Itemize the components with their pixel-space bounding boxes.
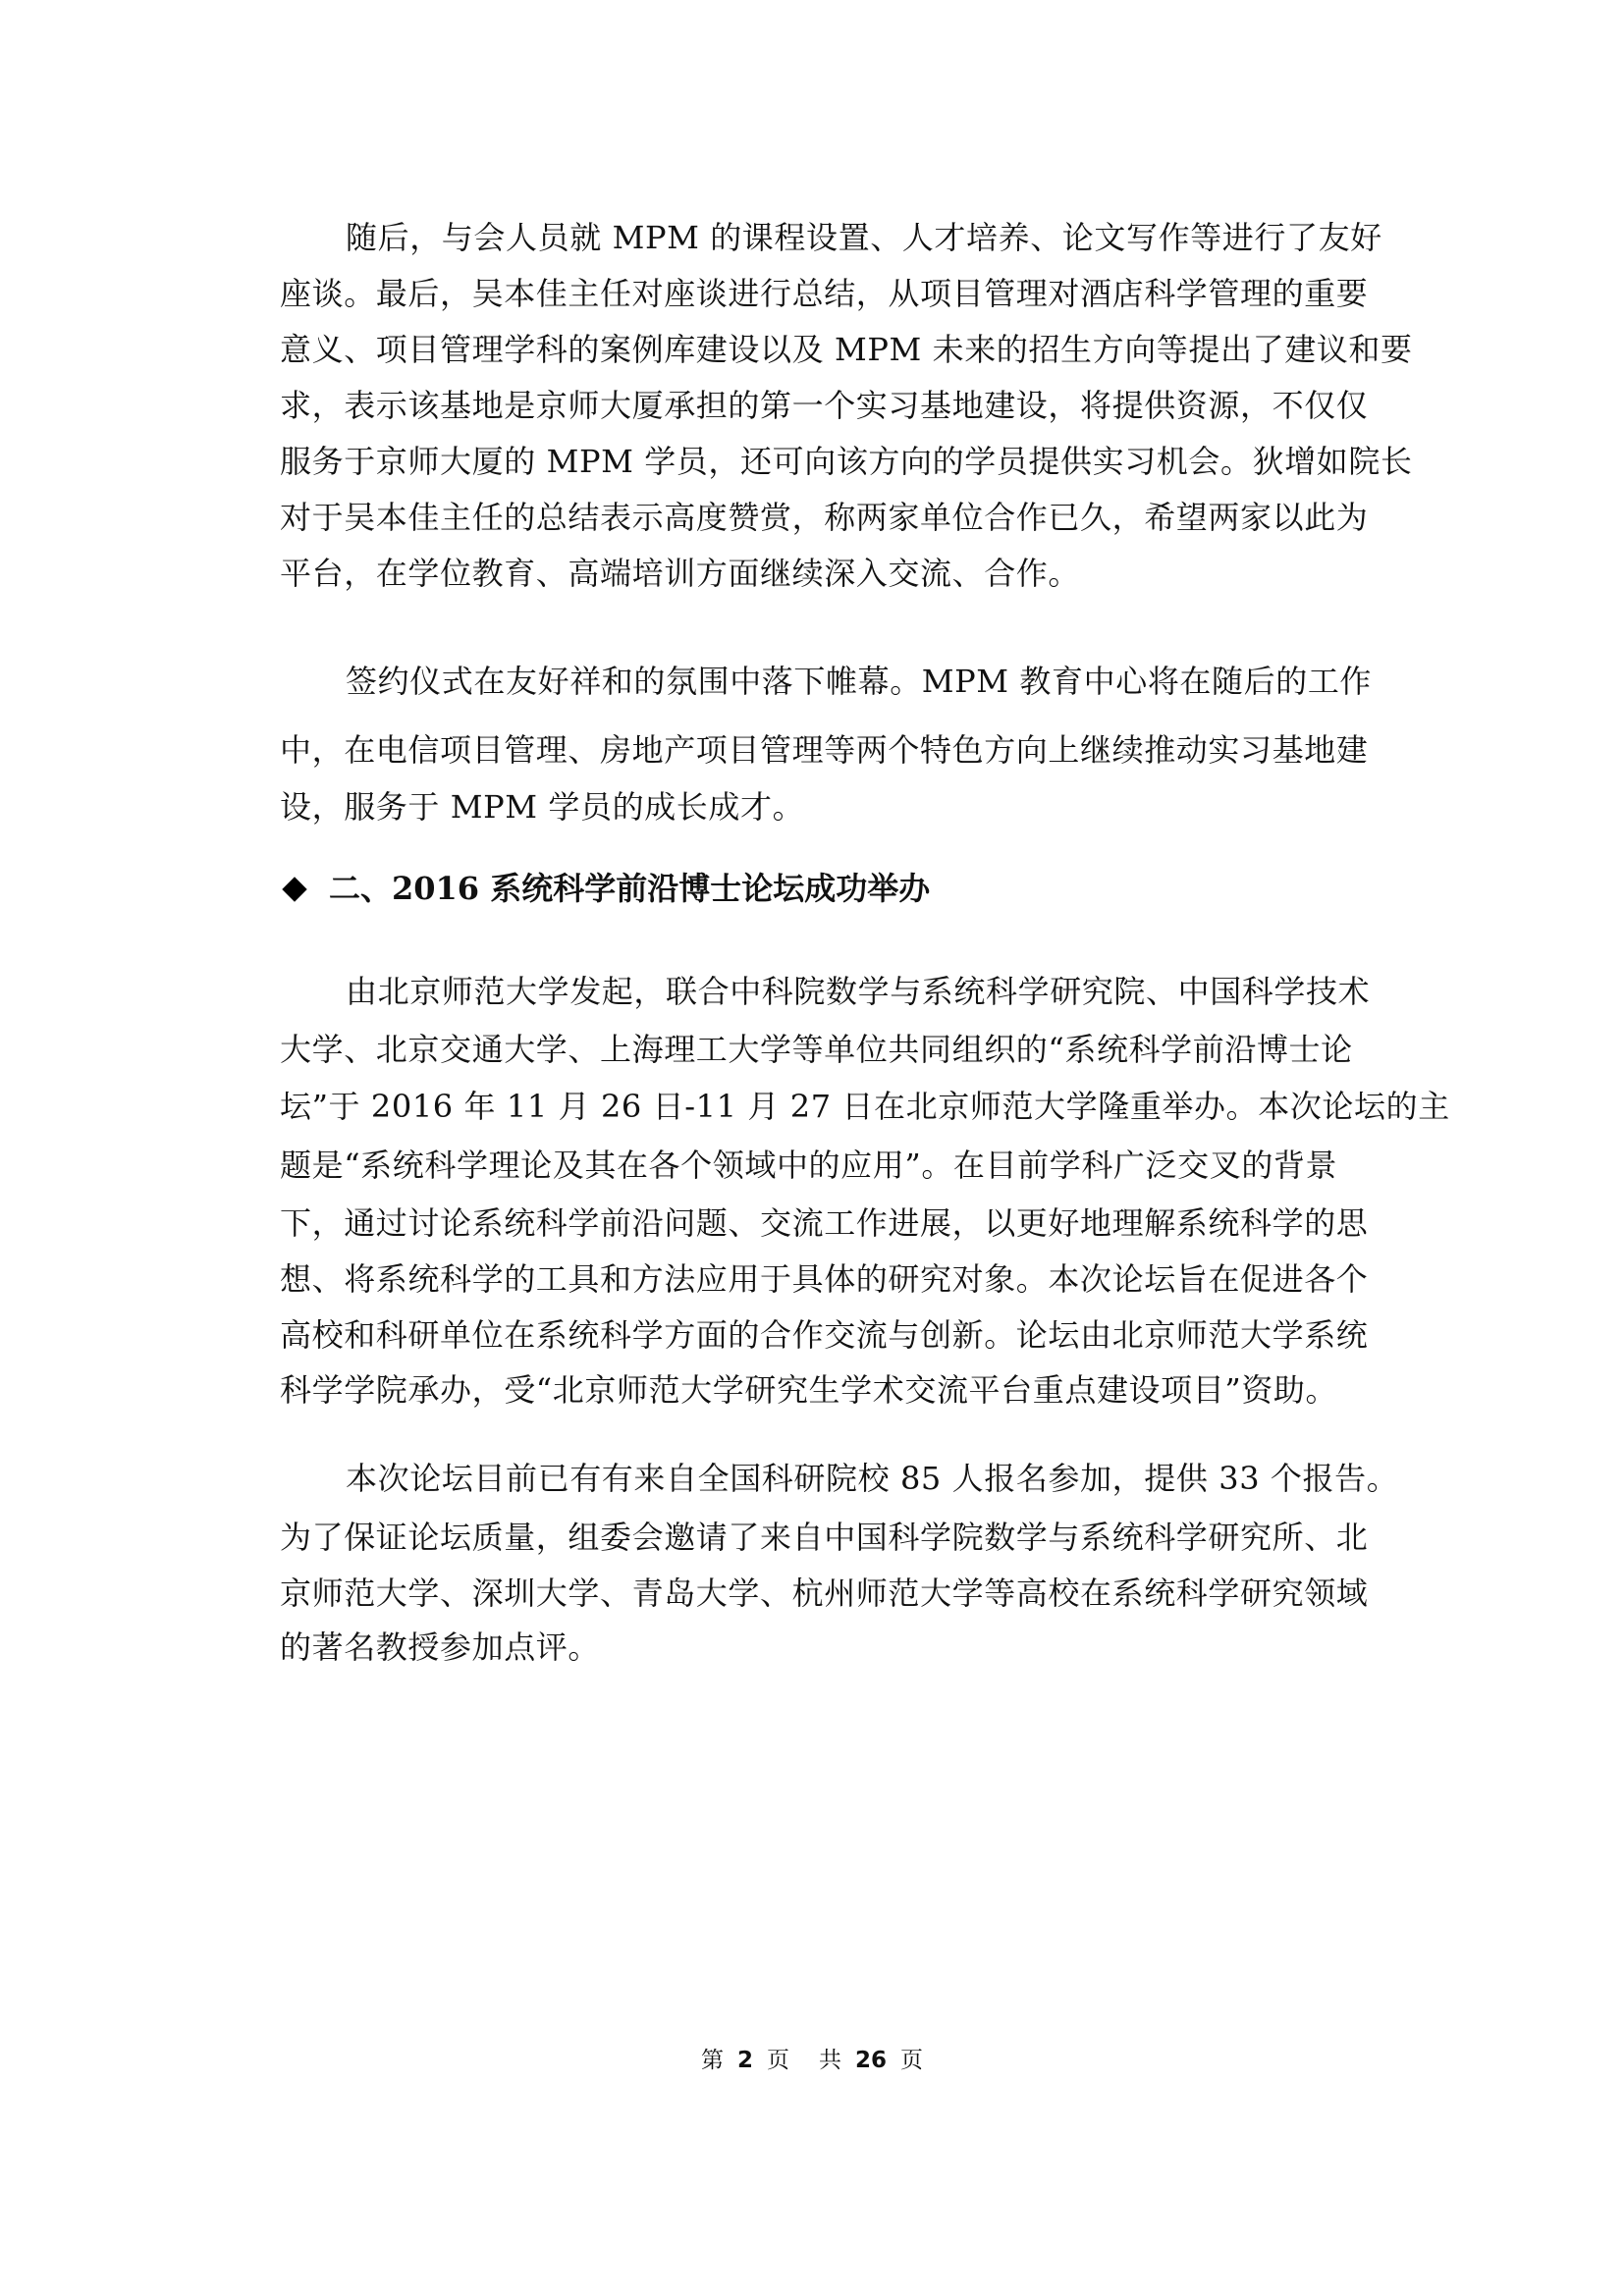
text-line: 的著名教授参加点评。 xyxy=(280,1628,1419,1667)
text-line: 高校和科研单位在系统科学方面的合作交流与创新。论坛由北京师范大学系统 xyxy=(280,1315,1419,1355)
text-line: 随后，与会人员就 MPM 的课程设置、人才培养、论文写作等进行了友好 xyxy=(346,218,1485,257)
footer-page-unit: 页 xyxy=(767,2048,789,2073)
text-line: 科学学院承办，受“北京师范大学研究生学术交流平台重点建设项目”资助。 xyxy=(280,1370,1419,1410)
document-page: 随后，与会人员就 MPM 的课程设置、人才培养、论文写作等进行了友好 座谈。最后… xyxy=(0,0,1624,2296)
text-line: 下，通过讨论系统科学前沿问题、交流工作进展，以更好地理解系统科学的思 xyxy=(280,1203,1419,1243)
text-line: 签约仪式在友好祥和的氛围中落下帷幕。MPM 教育中心将在随后的工作 xyxy=(346,662,1485,701)
section-heading-text: 二、2016 系统科学前沿博士论坛成功举办 xyxy=(329,870,930,907)
current-page-number: 2 xyxy=(737,2048,753,2073)
text-line: 大学、北京交通大学、上海理工大学等单位共同组织的“系统科学前沿博士论 xyxy=(280,1030,1419,1069)
text-line: 设，服务于 MPM 学员的成长成才。 xyxy=(280,787,1419,827)
text-line: 为了保证论坛质量，组委会邀请了来自中国科学院数学与系统科学研究所、北 xyxy=(280,1518,1419,1557)
text-line: 京师范大学、深圳大学、青岛大学、杭州师范大学等高校在系统科学研究领域 xyxy=(280,1574,1419,1613)
footer-total-unit: 页 xyxy=(900,2048,923,2073)
text-line: 平台，在学位教育、高端培训方面继续深入交流、合作。 xyxy=(280,554,1419,593)
text-line: 对于吴本佳主任的总结表示高度赞赏，称两家单位合作已久，希望两家以此为 xyxy=(280,498,1419,537)
section-heading: 二、2016 系统科学前沿博士论坛成功举办 xyxy=(280,869,930,908)
text-line: 由北京师范大学发起，联合中科院数学与系统科学研究院、中国科学技术 xyxy=(346,972,1485,1011)
text-line: 中，在电信项目管理、房地产项目管理等两个特色方向上继续推动实习基地建 xyxy=(280,730,1419,770)
text-line: 服务于京师大厦的 MPM 学员，还可向该方向的学员提供实习机会。狄增如院长 xyxy=(280,442,1419,481)
footer-total-prefix: 共 xyxy=(819,2048,841,2073)
total-page-count: 26 xyxy=(855,2048,887,2073)
text-line: 座谈。最后，吴本佳主任对座谈进行总结，从项目管理对酒店科学管理的重要 xyxy=(280,274,1419,313)
footer-prefix: 第 xyxy=(701,2048,724,2073)
text-line: 本次论坛目前已有有来自全国科研院校 85 人报名参加，提供 33 个报告。 xyxy=(346,1459,1485,1498)
diamond-bullet-icon xyxy=(282,877,306,901)
text-line: 想、将系统科学的工具和方法应用于具体的研究对象。本次论坛旨在促进各个 xyxy=(280,1259,1419,1299)
text-line: 题是“系统科学理论及其在各个领域中的应用”。在目前学科广泛交叉的背景 xyxy=(280,1146,1419,1185)
text-line: 求，表示该基地是京师大厦承担的第一个实习基地建设，将提供资源，不仅仅 xyxy=(280,386,1419,425)
text-line: 坛”于 2016 年 11 月 26 日-11 月 27 日在北京师范大学隆重举… xyxy=(280,1087,1419,1126)
text-line: 意义、项目管理学科的案例库建设以及 MPM 未来的招生方向等提出了建议和要 xyxy=(280,330,1419,369)
page-footer: 第2页共26页 xyxy=(0,2046,1624,2075)
